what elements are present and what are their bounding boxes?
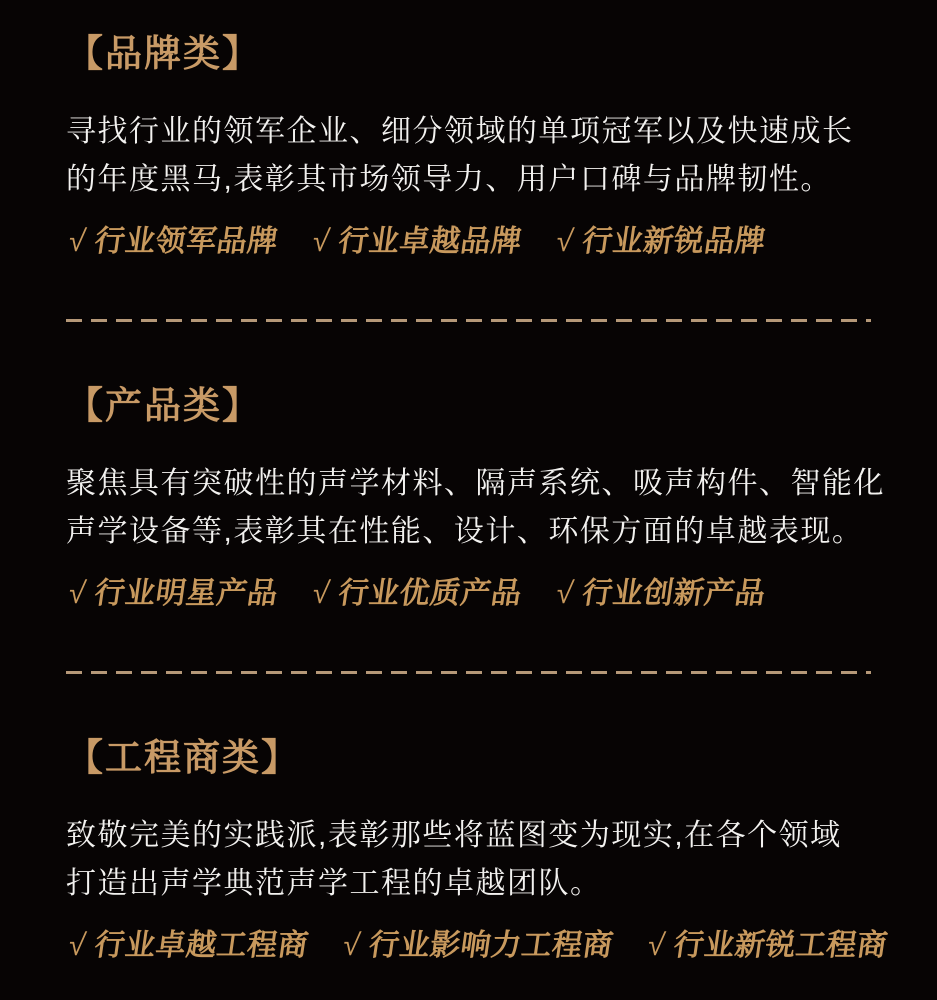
dashed-divider — [66, 671, 871, 674]
description-line: 的年度黑马,表彰其市场领导力、用户口碑与品牌韧性。 — [66, 156, 889, 204]
check-icon: √ — [554, 222, 577, 262]
award-label: 行业领军品牌 — [93, 225, 281, 258]
award-item: √行业卓越品牌 — [310, 222, 525, 262]
award-label: 行业卓越工程商 — [93, 929, 311, 962]
award-item: √行业明星产品 — [66, 574, 281, 614]
award-item: √行业创新产品 — [554, 574, 769, 614]
award-label: 行业影响力工程商 — [367, 929, 616, 962]
award-item: √行业领军品牌 — [66, 222, 281, 262]
check-icon: √ — [645, 926, 668, 966]
check-icon: √ — [340, 926, 363, 966]
description-line: 寻找行业的领军企业、细分领域的单项冠军以及快速成长 — [66, 108, 889, 156]
section-brand-award-list: √行业领军品牌 √行业卓越品牌 √行业新锐品牌 — [66, 222, 895, 262]
section-contractor-heading: 【工程商类】 — [66, 734, 889, 782]
section-product-heading: 【产品类】 — [66, 382, 889, 430]
award-item: √行业优质产品 — [310, 574, 525, 614]
section-product-award-list: √行业明星产品 √行业优质产品 √行业创新产品 — [66, 574, 895, 614]
section-product-description: 聚焦具有突破性的声学材料、隔声系统、吸声构件、智能化 声学设备等,表彰其在性能、… — [66, 460, 889, 556]
description-line: 致敬完美的实践派,表彰那些将蓝图变为现实,在各个领域 — [66, 812, 889, 860]
award-categories-poster: 【品牌类】 寻找行业的领军企业、细分领域的单项冠军以及快速成长 的年度黑马,表彰… — [0, 0, 937, 1000]
award-item: √行业影响力工程商 — [340, 926, 616, 966]
description-line: 打造出声学典范声学工程的卓越团队。 — [66, 860, 889, 908]
section-contractor-description: 致敬完美的实践派,表彰那些将蓝图变为现实,在各个领域 打造出声学典范声学工程的卓… — [66, 812, 889, 908]
award-item: √行业新锐工程商 — [645, 926, 890, 966]
section-contractor-award-list: √行业卓越工程商 √行业影响力工程商 √行业新锐工程商 — [66, 926, 895, 966]
section-product: 【产品类】 聚焦具有突破性的声学材料、隔声系统、吸声构件、智能化 声学设备等,表… — [66, 382, 889, 614]
description-line: 声学设备等,表彰其在性能、设计、环保方面的卓越表现。 — [66, 508, 889, 556]
check-icon: √ — [66, 574, 89, 614]
section-contractor: 【工程商类】 致敬完美的实践派,表彰那些将蓝图变为现实,在各个领域 打造出声学典… — [66, 734, 889, 966]
award-label: 行业明星产品 — [93, 577, 281, 610]
section-brand-description: 寻找行业的领军企业、细分领域的单项冠军以及快速成长 的年度黑马,表彰其市场领导力… — [66, 108, 889, 204]
award-label: 行业卓越品牌 — [336, 225, 524, 258]
award-label: 行业创新产品 — [580, 577, 768, 610]
award-item: √行业卓越工程商 — [66, 926, 311, 966]
check-icon: √ — [554, 574, 577, 614]
dashed-divider — [66, 319, 871, 322]
award-item: √行业新锐品牌 — [554, 222, 769, 262]
award-label: 行业优质产品 — [336, 577, 524, 610]
section-brand: 【品牌类】 寻找行业的领军企业、细分领域的单项冠军以及快速成长 的年度黑马,表彰… — [66, 30, 889, 262]
check-icon: √ — [66, 926, 89, 966]
award-label: 行业新锐工程商 — [672, 929, 890, 962]
check-icon: √ — [310, 574, 333, 614]
check-icon: √ — [66, 222, 89, 262]
description-line: 聚焦具有突破性的声学材料、隔声系统、吸声构件、智能化 — [66, 460, 889, 508]
award-label: 行业新锐品牌 — [580, 225, 768, 258]
section-brand-heading: 【品牌类】 — [66, 30, 889, 78]
check-icon: √ — [310, 222, 333, 262]
